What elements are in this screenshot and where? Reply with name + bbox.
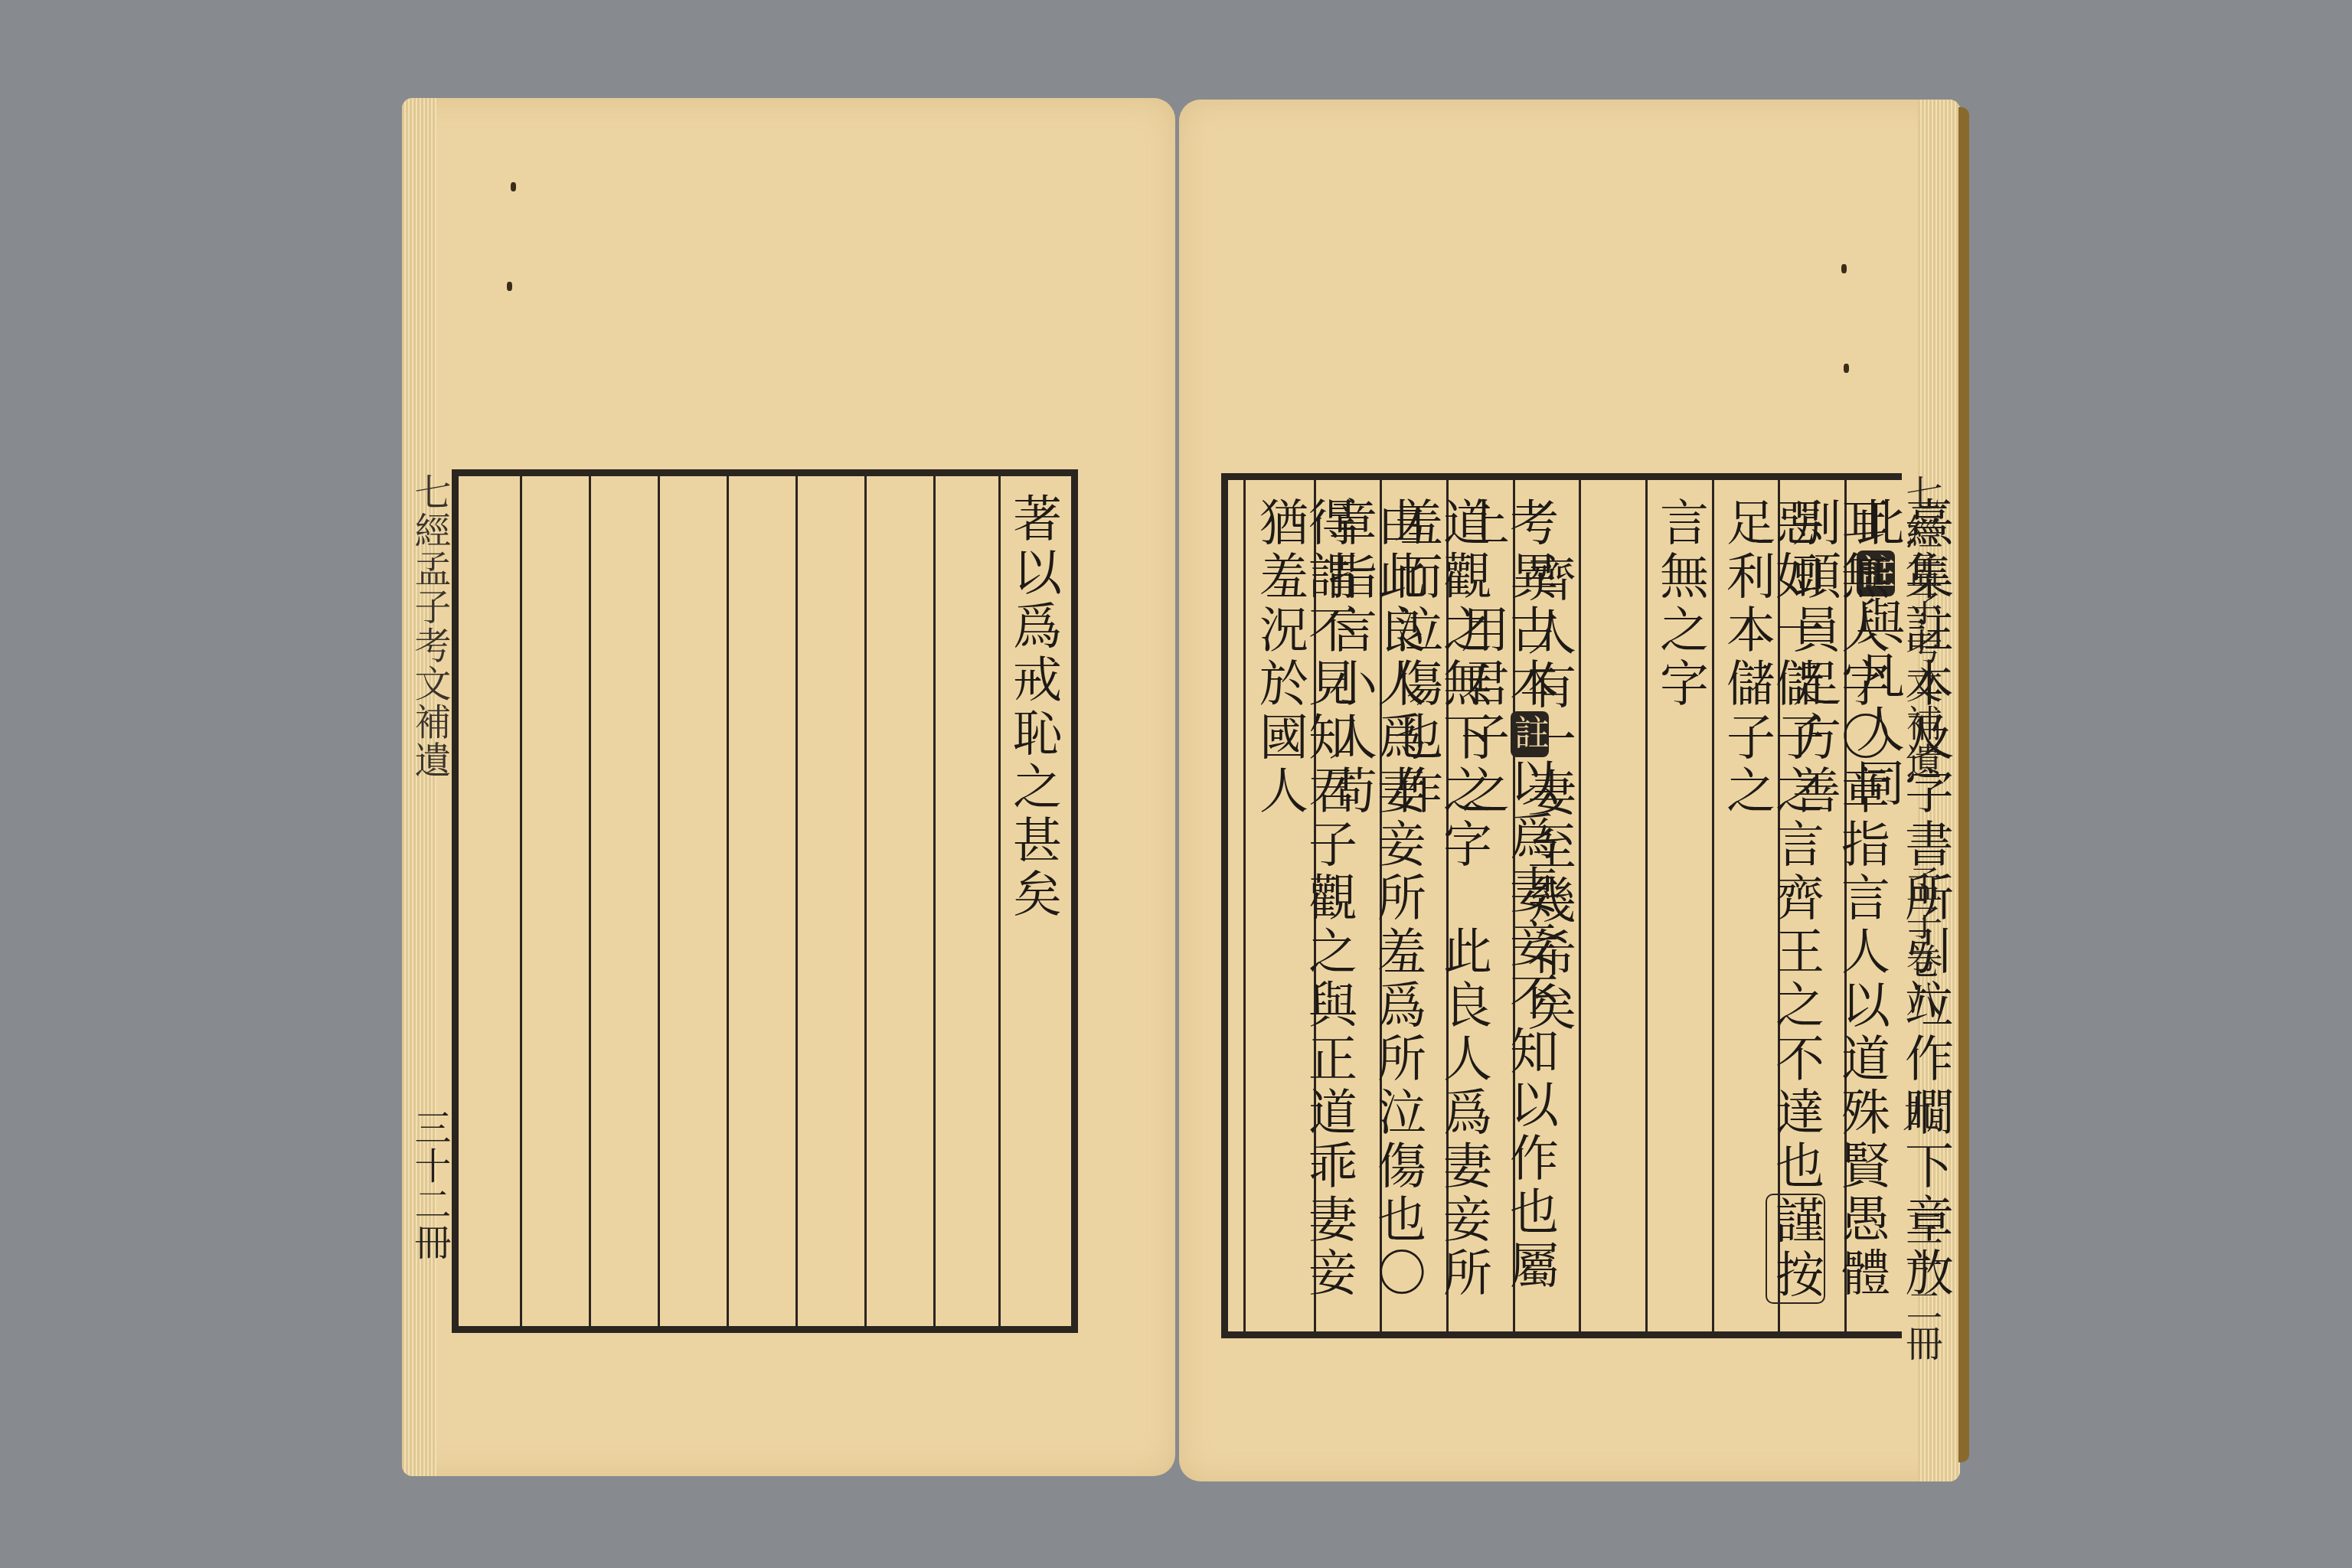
note-label-box: 註 [1511, 711, 1549, 757]
bracket-label: 謹按 [1766, 1194, 1825, 1304]
left-page: 七經孟子考文補遺 三十二冊 著以爲戒恥之甚矣 [402, 98, 1175, 1476]
column-10: 得謂不見知君子觀之與正道乖妻妾猶羞況於國人 [1243, 480, 1314, 1331]
right-margin-title: 七經孟子考文補遺 [1895, 475, 1948, 781]
column-rule [589, 476, 591, 1326]
blank-column [520, 476, 587, 1326]
page-stack-edge [402, 98, 436, 1476]
column-rule [998, 476, 1001, 1326]
printed-frame: 著以爲戒恥之甚矣 [452, 469, 1078, 1333]
text-column-4: 言無之字 [1655, 497, 1704, 711]
column-rule [795, 476, 798, 1326]
column-rule [727, 476, 729, 1326]
right-page: 熹集註本及字書所引竝作瞯下章放此註與凡人同 耳無人字〇章指言人以道殊賢愚體别頭員… [1179, 100, 1960, 1481]
column-rule [658, 476, 660, 1326]
column-4: 言無之字 [1645, 480, 1712, 1331]
text-column: 著以爲戒恥之甚矣 [1008, 493, 1057, 922]
left-margin-volume: 三十二冊 [403, 1109, 456, 1262]
left-margin-title: 七經孟子考文補遺 [403, 473, 456, 779]
text-column-3: 惡如一儲子之言齊王之不達也謹按足利本儲子之 [1722, 497, 1820, 1331]
printed-frame: 熹集註本及字書所引竝作瞯下章放此註與凡人同 耳無人字〇章指言人以道殊賢愚體别頭員… [1221, 473, 1902, 1338]
column-rule [864, 476, 867, 1326]
wormhole-mark [1844, 364, 1849, 373]
right-margin-section: 孟子卷八 [1895, 865, 1948, 1018]
column-rule [520, 476, 522, 1326]
right-margin-volume: 三十二冊 [1895, 1210, 1948, 1363]
wormhole-mark [1841, 264, 1847, 273]
book-cover-edge [1958, 107, 1969, 1462]
wormhole-mark [507, 282, 512, 291]
text-column-10: 得謂不見知君子觀之與正道乖妻妾猶羞況於國人 [1255, 497, 1353, 1331]
column-rule [933, 476, 936, 1326]
right-margin-leaf: 九 [1891, 1095, 1944, 1133]
column-5-empty [1579, 480, 1645, 1331]
wormhole-mark [511, 182, 516, 191]
column-3: 惡如一儲子之言齊王之不達也謹按足利本儲子之 [1712, 480, 1778, 1331]
